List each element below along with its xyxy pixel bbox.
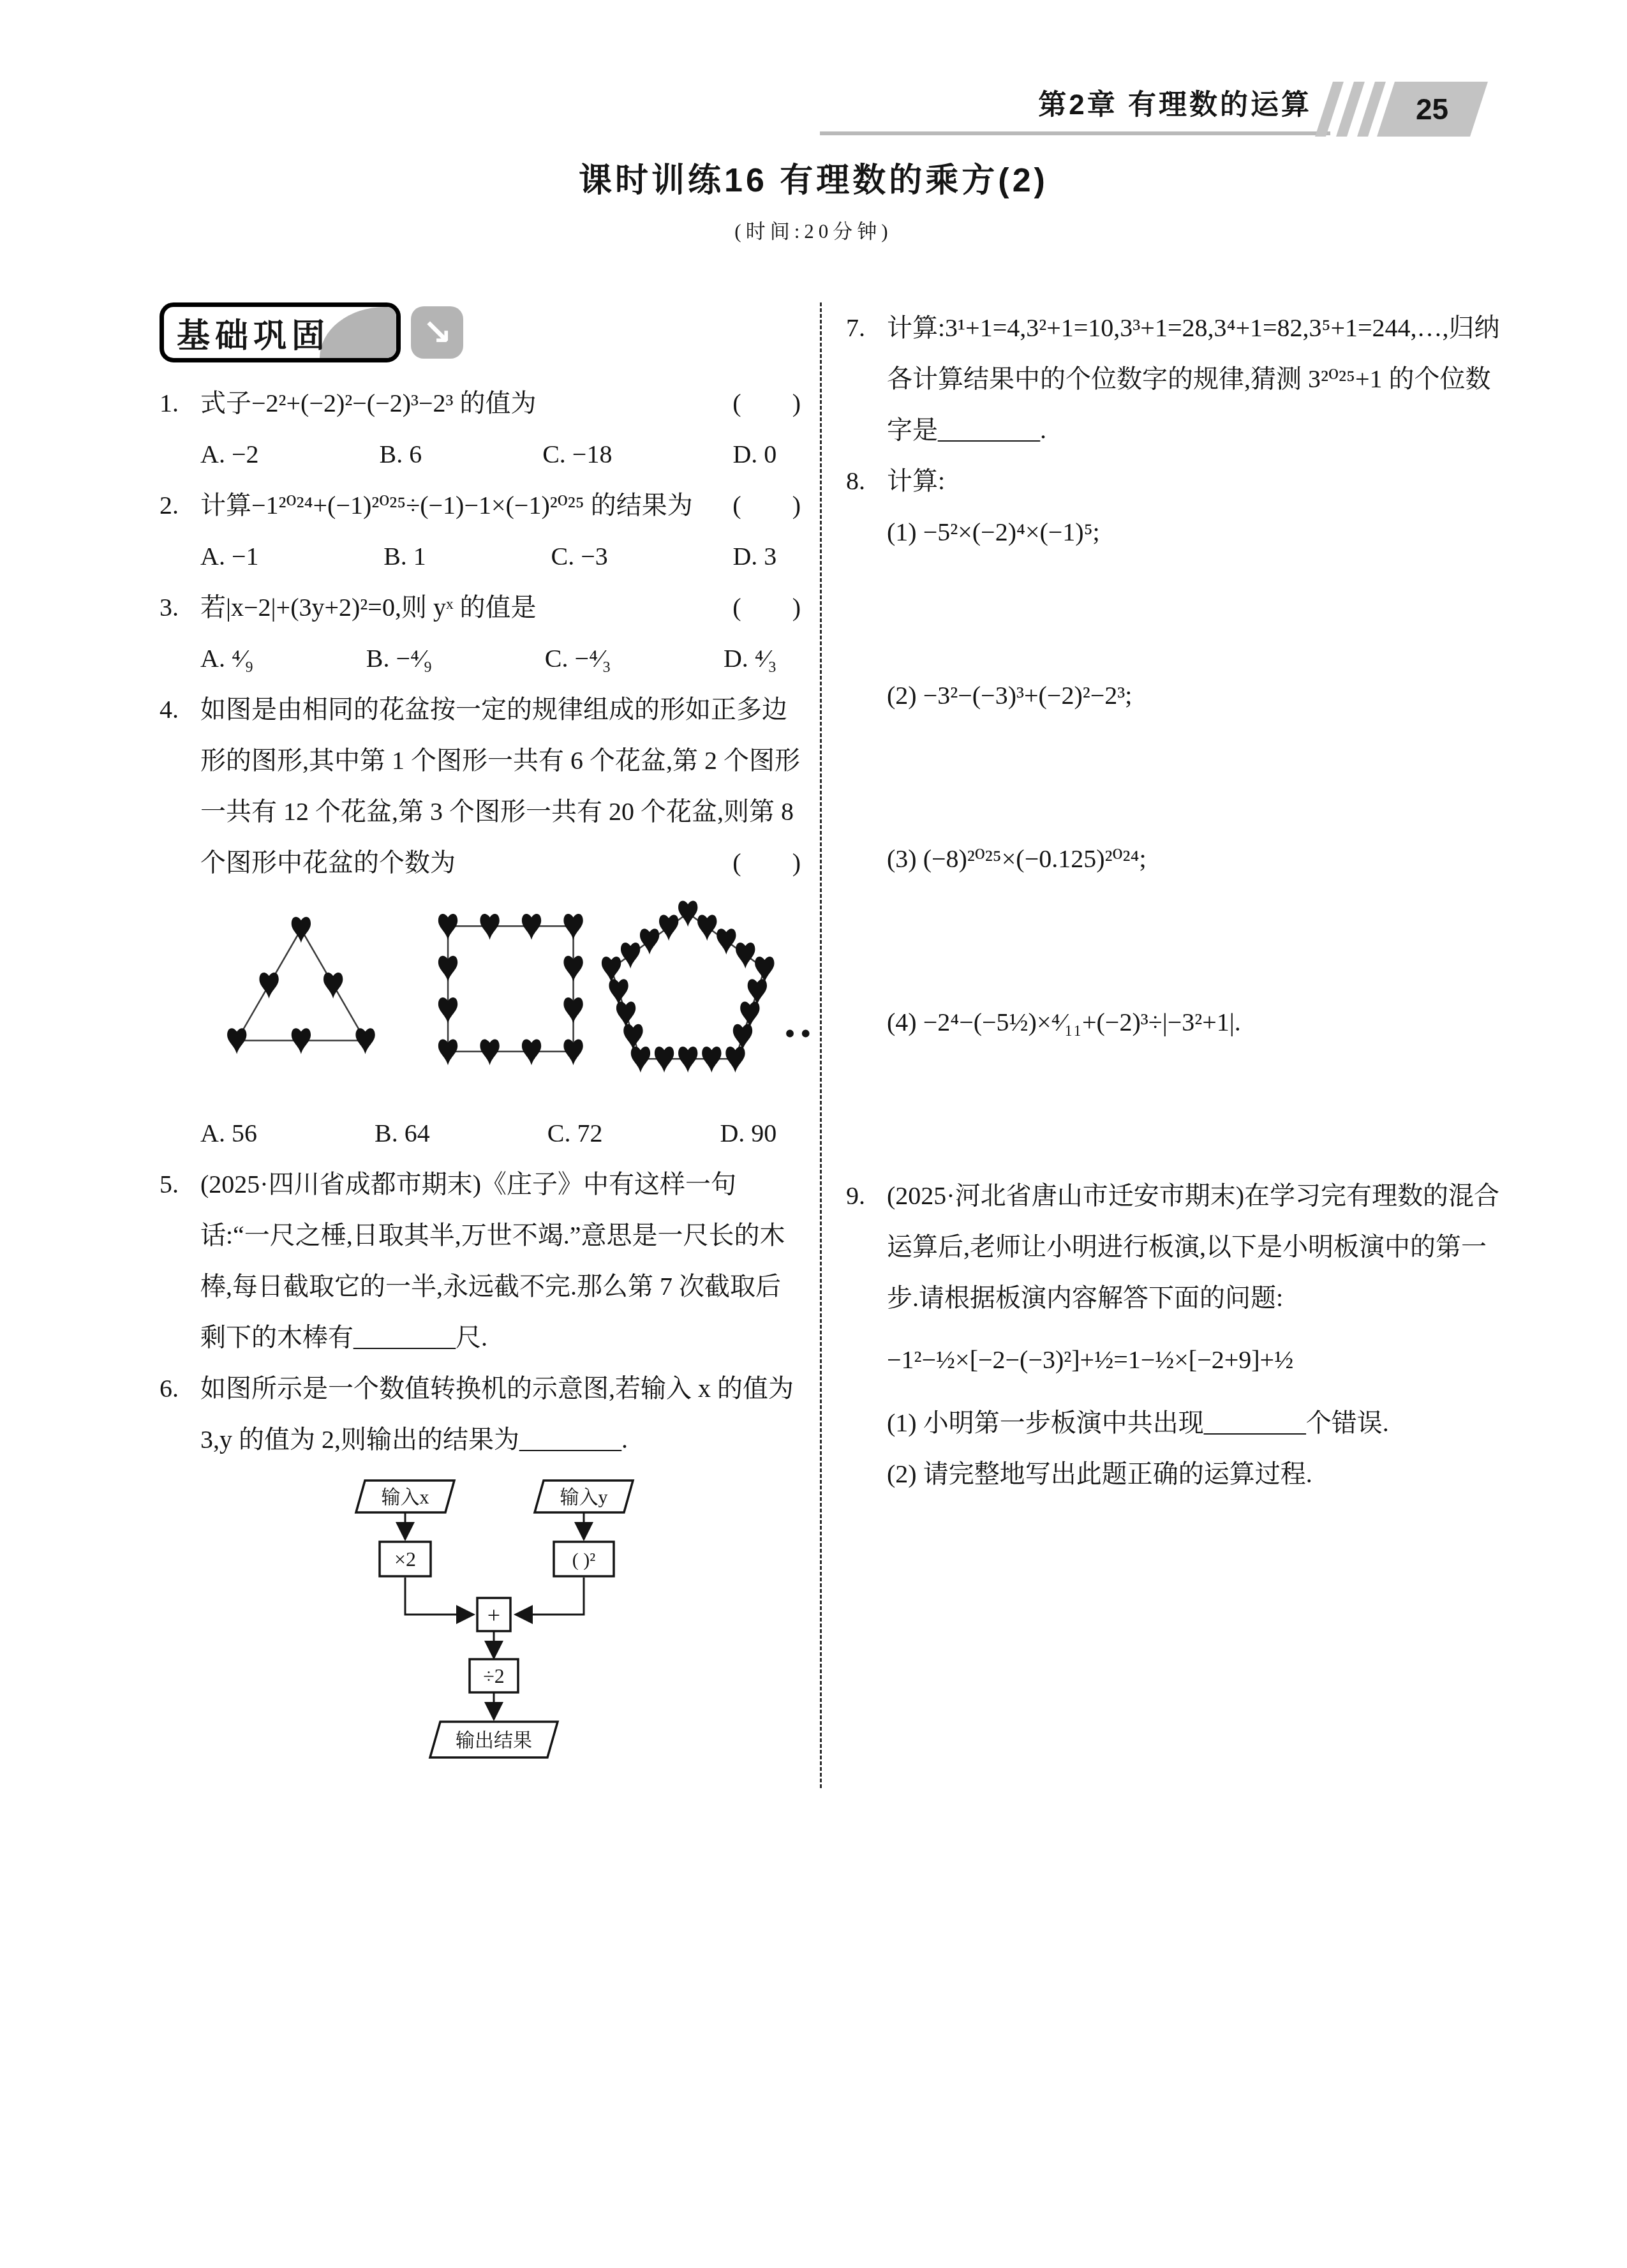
calc-part-3: (3) (−8)²⁰²⁵×(−0.125)²⁰²⁴;	[887, 833, 1506, 884]
input-x-label: 输入x	[381, 1487, 429, 1508]
flower-pot-icon	[438, 914, 457, 940]
flower-pot-icon	[563, 1040, 583, 1066]
question-stem: 式子−2²+(−2)²−(−2)³−2³ 的值为	[200, 389, 537, 417]
chapter-heading: 第2章 有理数的运算	[1038, 82, 1312, 123]
option-c: C. 72	[547, 1108, 603, 1159]
flower-pot-icon	[522, 914, 541, 940]
flower-pot-icon	[702, 1047, 721, 1073]
two-column-layout: 基础巩固 ↘ 1. 式子−2²+(−2)²−(−2)³−2³ 的值为 ( ) A…	[0, 302, 1627, 1788]
question-number: 4.	[160, 684, 200, 1159]
question-4: 4. 如图是由相同的花盆按一定的规律组成的形如正多边形的图形,其中第 1 个图形…	[160, 684, 801, 1159]
question-text: 如图是由相同的花盆按一定的规律组成的形如正多边形的图形,其中第 1 个图形一共有…	[200, 684, 801, 888]
multiply-label: ×2	[394, 1548, 415, 1570]
question-text: 如图所示是一个数值转换机的示意图,若输入 x 的值为 3,y 的值为 2,则输出…	[200, 1363, 801, 1465]
flower-pot-icon	[659, 914, 678, 941]
lesson-title: 课时训练16 有理数的乘方(2)	[0, 0, 1627, 201]
flower-pot-icon	[755, 957, 774, 983]
left-column: 基础巩固 ↘ 1. 式子−2²+(−2)²−(−2)³−2³ 的值为 ( ) A…	[160, 302, 820, 1788]
page-number: 25	[1416, 92, 1448, 126]
flower-pot-icon	[563, 956, 583, 982]
option-b: B. 1	[383, 531, 426, 582]
flower-pot-icon	[621, 943, 640, 969]
question-number: 1.	[160, 378, 200, 480]
header-stripes	[1324, 82, 1377, 137]
question-text: (2025·河北省唐山市迁安市期末)在学习完有理数的混合运算后,老师让小明进行板…	[887, 1170, 1506, 1324]
question-number: 6.	[160, 1363, 200, 1788]
flower-pot-icon	[631, 1047, 650, 1073]
flower-pot-icon	[292, 1028, 311, 1054]
workbook-page: 第2章 有理数的运算 25 课时训练16 有理数的乘方(2) (时间:20分钟)…	[0, 0, 1627, 2268]
student-board-work-equation: −1²−½×[−2−(−3)²]+½=1−½×[−2+9]+½	[887, 1332, 1506, 1387]
flower-pot-figure: …	[200, 899, 801, 1105]
option-c: C. −⁴⁄₃	[545, 633, 611, 684]
flower-pot-icon	[438, 1040, 457, 1066]
question-text: (2025·四川省成都市期末)《庄子》中有这样一句话:“一尺之棰,日取其半,万世…	[200, 1159, 801, 1363]
answer-bracket: ( )	[732, 480, 801, 531]
option-c: C. −3	[551, 531, 608, 582]
section-badge: 基础巩固	[160, 302, 401, 362]
option-d: D. 3	[732, 531, 776, 582]
question-7: 7. 计算:3¹+1=4,3²+1=10,3³+1=28,3⁴+1=82,3⁵+…	[846, 302, 1506, 456]
option-b: B. 64	[375, 1108, 430, 1159]
page-number-badge: 25	[1377, 82, 1488, 137]
option-d: D. 0	[732, 429, 776, 480]
question-6: 6. 如图所示是一个数值转换机的示意图,若输入 x 的值为 3,y 的值为 2,…	[160, 1363, 801, 1788]
question-3: 3. 若|x−2|+(3y+2)²=0,则 yˣ 的值是 ( ) A. ⁴⁄₉ …	[160, 582, 801, 684]
answer-bracket: ( )	[732, 378, 801, 429]
ellipsis: …	[782, 996, 813, 1047]
number-converter-flowchart: 输入x 输入y ×2 ( )² + ÷2 输出结果	[200, 1475, 801, 1788]
flower-pot-icon	[323, 973, 343, 999]
option-c: C. −18	[542, 429, 612, 480]
calc-part-4: (4) −2⁴−(−5½)×⁴⁄₁₁+(−2)³÷|−3²+1|.	[887, 997, 1506, 1048]
flower-pot-icon	[616, 1001, 635, 1027]
question-number: 9.	[846, 1170, 887, 1500]
flowchart-diagram: 输入x 输入y ×2 ( )² + ÷2 输出结果	[351, 1475, 651, 1788]
question-text: 计算:3¹+1=4,3²+1=10,3³+1=28,3⁴+1=82,3⁵+1=2…	[887, 302, 1506, 456]
option-a: A. 56	[200, 1108, 257, 1159]
right-column: 7. 计算:3¹+1=4,3²+1=10,3³+1=28,3⁴+1=82,3⁵+…	[820, 302, 1506, 1788]
question-number: 8.	[846, 456, 887, 1170]
flower-pot-icon	[740, 1001, 759, 1027]
input-y-label: 输入y	[560, 1487, 607, 1508]
options-row: A. −1 B. 1 C. −3 D. 3	[200, 531, 776, 582]
question-number: 2.	[160, 480, 200, 582]
option-a: A. −1	[200, 531, 258, 582]
question-stem: 计算:3¹+1=4,3²+1=10,3³+1=28,3⁴+1=82,3⁵+1=2…	[887, 313, 1500, 444]
question-number: 5.	[160, 1159, 200, 1363]
question-1: 1. 式子−2²+(−2)²−(−2)³−2³ 的值为 ( ) A. −2 B.…	[160, 378, 801, 480]
sub-question-1: (1) 小明第一步板演中共出现________个错误.	[887, 1398, 1506, 1449]
flower-pot-icon	[563, 914, 583, 940]
header-rule	[820, 131, 1330, 135]
elbow-connector	[516, 1578, 584, 1615]
flower-pot-patterns: …	[200, 899, 813, 1088]
question-stem: 计算−1²⁰²⁴+(−1)²⁰²⁵÷(−1)−1×(−1)²⁰²⁵ 的结果为	[200, 491, 693, 519]
flower-pot-icon	[609, 979, 628, 1005]
option-d: D. 90	[720, 1108, 776, 1159]
question-stem: 如图所示是一个数值转换机的示意图,若输入 x 的值为 3,y 的值为 2,则输出…	[200, 1374, 794, 1454]
flower-pot-icon	[725, 1047, 745, 1073]
question-text: 式子−2²+(−2)²−(−2)³−2³ 的值为 ( )	[200, 378, 801, 429]
square-label: ( )²	[572, 1549, 595, 1570]
flower-pot-icon	[678, 1047, 697, 1073]
question-stem: 如图是由相同的花盆按一定的规律组成的形如正多边形的图形,其中第 1 个图形一共有…	[200, 695, 800, 877]
flower-pot-icon	[259, 973, 278, 999]
badge-swoosh	[320, 307, 396, 358]
flower-pot-icon	[736, 943, 755, 969]
divide-label: ÷2	[483, 1664, 505, 1687]
question-text: 计算:	[887, 456, 1506, 507]
flower-pot-icon	[480, 1040, 499, 1066]
question-stem: 若|x−2|+(3y+2)²=0,则 yˣ 的值是	[200, 593, 536, 622]
flower-pot-icon	[522, 1040, 541, 1066]
output-label: 输出结果	[456, 1730, 532, 1751]
flower-pot-icon	[438, 956, 457, 982]
flower-pot-icon	[733, 1024, 752, 1050]
flower-pot-icon	[438, 997, 457, 1024]
option-b: B. 6	[379, 429, 422, 480]
option-d: D. ⁴⁄₃	[724, 633, 776, 684]
polygon-outline	[237, 929, 365, 1040]
flower-pot-icon	[655, 1047, 674, 1073]
flower-pot-icon	[748, 979, 767, 1005]
flower-pot-icon	[640, 929, 659, 955]
flower-pot-icon	[602, 957, 621, 983]
calc-part-2: (2) −3²−(−3)³+(−2)²−2³;	[887, 670, 1506, 721]
question-9: 9. (2025·河北省唐山市迁安市期末)在学习完有理数的混合运算后,老师让小明…	[846, 1170, 1506, 1500]
flower-pot-icon	[623, 1024, 643, 1050]
question-8: 8. 计算: (1) −5²×(−2)⁴×(−1)⁵; (2) −3²−(−3)…	[846, 456, 1506, 1170]
arrow-down-right-icon: ↘	[411, 306, 463, 359]
flower-pot-icon	[717, 929, 736, 955]
flower-pot-icon	[563, 997, 583, 1024]
question-number: 3.	[160, 582, 200, 684]
question-5: 5. (2025·四川省成都市期末)《庄子》中有这样一句话:“一尺之棰,日取其半…	[160, 1159, 801, 1363]
answer-bracket: ( )	[732, 582, 801, 633]
polygon-outline	[448, 926, 574, 1052]
question-number: 7.	[846, 302, 887, 456]
section-header: 基础巩固 ↘	[160, 302, 801, 362]
question-stem: (2025·河北省唐山市迁安市期末)在学习完有理数的混合运算后,老师让小明进行板…	[887, 1181, 1499, 1312]
flower-pot-icon	[292, 917, 311, 943]
section-badge-label: 基础巩固	[177, 309, 330, 357]
answer-bracket: ( )	[732, 837, 801, 888]
flower-pot-icon	[227, 1028, 246, 1054]
sub-question-2: (2) 请完整地写出此题正确的运算过程.	[887, 1449, 1506, 1500]
flower-pot-icon	[355, 1028, 375, 1054]
options-row: A. −2 B. 6 C. −18 D. 0	[200, 429, 776, 480]
flower-pot-icon	[678, 901, 697, 927]
question-text: 若|x−2|+(3y+2)²=0,则 yˣ 的值是 ( )	[200, 582, 801, 633]
options-row: A. ⁴⁄₉ B. −⁴⁄₉ C. −⁴⁄₃ D. ⁴⁄₃	[200, 633, 776, 684]
question-stem: (2025·四川省成都市期末)《庄子》中有这样一句话:“一尺之棰,日取其半,万世…	[200, 1170, 785, 1352]
question-text: 计算−1²⁰²⁴+(−1)²⁰²⁵÷(−1)−1×(−1)²⁰²⁵ 的结果为 (…	[200, 480, 801, 531]
option-b: B. −⁴⁄₉	[366, 633, 433, 684]
time-limit: (时间:20分钟)	[0, 215, 1627, 244]
question-2: 2. 计算−1²⁰²⁴+(−1)²⁰²⁵÷(−1)−1×(−1)²⁰²⁵ 的结果…	[160, 480, 801, 582]
calc-part-1: (1) −5²×(−2)⁴×(−1)⁵;	[887, 507, 1506, 558]
elbow-connector	[405, 1578, 473, 1615]
flower-pot-icon	[480, 914, 499, 940]
option-a: A. ⁴⁄₉	[200, 633, 253, 684]
option-a: A. −2	[200, 429, 258, 480]
options-row: A. 56 B. 64 C. 72 D. 90	[200, 1108, 776, 1159]
plus-label: +	[487, 1602, 500, 1628]
flower-pot-icon	[697, 914, 717, 941]
